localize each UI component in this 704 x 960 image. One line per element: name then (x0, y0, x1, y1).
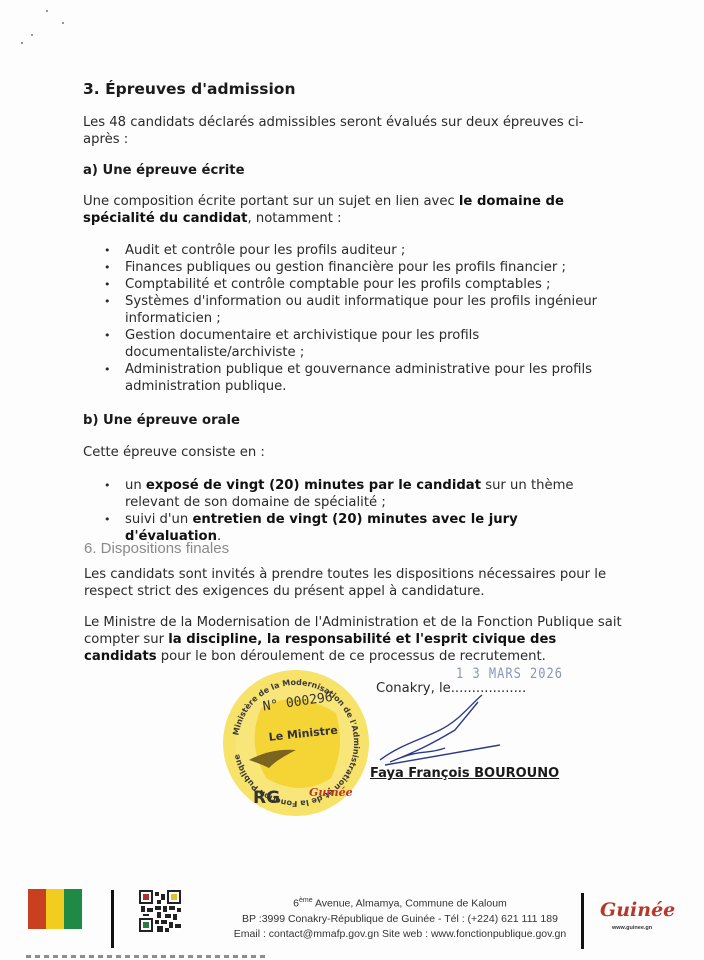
footer-address: 6ème Avenue, Almamya, Commune de Kaloum … (190, 893, 610, 942)
intro-line: Les 48 candidats déclarés admissibles se… (83, 114, 623, 131)
flag-green-band (64, 889, 82, 929)
address-line: BP :3999 Conakry-République de Guinée - … (190, 912, 610, 927)
text: suivi d'un (125, 512, 192, 527)
address-line: 6ème Avenue, Almamya, Commune de Kaloum (190, 893, 610, 912)
svg-text:RG: RG (253, 788, 280, 808)
date-stamp: 1 3 MARS 2026 (456, 665, 563, 682)
section-6-paragraph-1: Les candidats sont invités à prendre tou… (84, 566, 624, 600)
list-item: Audit et contrôle pour les profils audit… (104, 242, 614, 259)
section-3-intro: Les 48 candidats déclarés admissibles se… (83, 114, 623, 148)
address-contact-line[interactable]: Email : contact@mmafp.gov.gn Site web : … (190, 927, 610, 942)
document-page: 3. Épreuves d'admission Les 48 candidats… (0, 0, 704, 960)
list-item: Systèmes d'information ou audit informat… (104, 293, 614, 327)
scan-speck (31, 34, 33, 36)
cropped-footnote (26, 955, 266, 958)
logo-url[interactable]: www.guinee.gn (612, 925, 652, 931)
intro-line: après : (83, 131, 623, 148)
text: un (125, 478, 146, 493)
guinee-brand-logo: Guinée www.guinee.gn (600, 893, 670, 933)
list-item: Gestion documentaire et archivistique po… (104, 327, 515, 361)
flag-red-band (28, 889, 46, 929)
text: pour le bon déroulement de ce processus … (157, 649, 546, 664)
logo-text: Guinée (600, 899, 675, 921)
signer-name: Faya François BOUROUNO (370, 766, 559, 781)
flag-yellow-band (46, 889, 64, 929)
text: , notamment : (247, 211, 341, 226)
list-item: un exposé de vingt (20) minutes par le c… (104, 477, 614, 511)
section-6-title: 6. Dispositions finales (84, 540, 229, 557)
handwritten-signature (370, 690, 510, 770)
written-exam-description: Une composition écrite portant sur un su… (83, 193, 583, 227)
guinea-flag (28, 889, 82, 929)
official-seal-stamp: Ministère de la Modernisation de l'Admin… (221, 668, 371, 818)
list-item: Finances publiques ou gestion financière… (104, 259, 614, 276)
written-exam-list: Audit et contrôle pour les profils audit… (104, 242, 614, 395)
scan-speck (21, 42, 23, 44)
svg-text:Guinée: Guinée (309, 786, 353, 799)
oral-exam-title: b) Une épreuve orale (83, 413, 240, 428)
qr-code[interactable] (139, 890, 181, 932)
section-6-paragraph-2: Le Ministre de la Modernisation de l'Adm… (84, 614, 629, 665)
list-item: Comptabilité et contrôle comptable pour … (104, 276, 614, 293)
footer-divider (581, 893, 584, 949)
list-item: Administration publique et gouvernance a… (104, 361, 614, 395)
scan-speck (62, 22, 64, 24)
oral-exam-list: un exposé de vingt (20) minutes par le c… (104, 477, 614, 545)
text: Une composition écrite portant sur un su… (83, 194, 459, 209)
section-3-title: 3. Épreuves d'admission (83, 80, 296, 98)
scan-speck (46, 10, 48, 12)
oral-exam-description: Cette épreuve consiste en : (83, 444, 265, 461)
emphasis: exposé de vingt (20) minutes par le cand… (146, 478, 481, 493)
written-exam-title: a) Une épreuve écrite (83, 163, 245, 178)
footer-divider (111, 890, 114, 948)
